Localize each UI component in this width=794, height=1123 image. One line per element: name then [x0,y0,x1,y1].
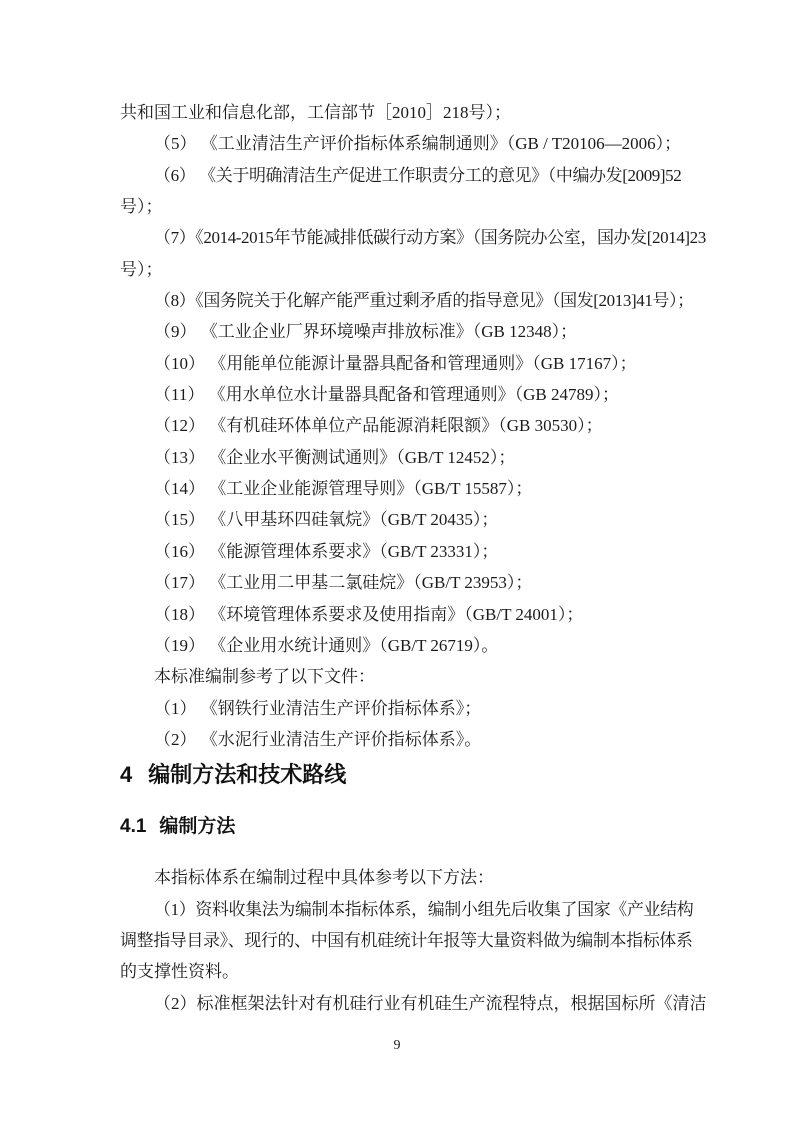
body-line: （10） 《用能单位能源计量器具配备和管理通则》（GB 17167）； [120,348,680,379]
body-line: （18） 《环境管理体系要求及使用指南》（GB/T 24001）； [120,599,680,630]
subsection-heading: 4.1编制方法 [120,808,680,846]
body-line: （8）《国务院关于化解产能严重过剩矛盾的指导意见》（国发[2013]41号）； [120,285,680,316]
body-line: （9） 《工业企业厂界环境噪声排放标准》（GB 12348）； [120,316,680,347]
body-line: 号）； [120,254,680,285]
body-line: 共和国工业和信息化部，工信部节［2010］218号）； [120,97,680,128]
body-line: （6） 《关于明确清洁生产促进工作职责分工的意见》（中编办发[2009]52 [120,160,680,191]
document-page: 共和国工业和信息化部，工信部节［2010］218号）； （5） 《工业清洁生产评… [0,0,794,1123]
section-heading: 4编制方法和技术路线 [120,755,680,795]
body-line: （14） 《工业企业能源管理导则》（GB/T 15587）； [120,473,680,504]
body-line: （16） 《能源管理体系要求》（GB/T 23331）； [120,536,680,567]
body-line: （13） 《企业水平衡测试通则》（GB/T 12452）； [120,442,680,473]
body-line: 本指标体系在编制过程中具体参考以下方法： [120,862,680,893]
page-number: 9 [0,1036,794,1056]
body-line: （7）《2014-2015年节能减排低碳行动方案》（国务院办公室，国办发[201… [120,222,680,253]
body-line: （1）资料收集法为编制本指标体系，编制小组先后收集了国家《产业结构 [120,894,680,925]
body-line: （19） 《企业用水统计通则》（GB/T 26719）。 [120,630,680,661]
body-line: （15） 《八甲基环四硅氧烷》（GB/T 20435）； [120,504,680,535]
body-line: （5） 《工业清洁生产评价指标体系编制通则》（GB / T20106—2006）… [120,128,680,159]
document-body: 共和国工业和信息化部，工信部节［2010］218号）； （5） 《工业清洁生产评… [120,97,680,1019]
body-line: （2） 《水泥行业清洁生产评价指标体系》。 [120,724,680,755]
body-line: 号）； [120,191,680,222]
body-line: （17） 《工业用二甲基二氯硅烷》（GB/T 23953）； [120,567,680,598]
body-line: （1） 《钢铁行业清洁生产评价指标体系》； [120,693,680,724]
body-line: （11） 《用水单位水计量器具配备和管理通则》（GB 24789）； [120,379,680,410]
section-title: 编制方法和技术路线 [148,762,346,787]
subsection-number: 4.1 [120,808,146,846]
body-line: （12） 《有机硅环体单位产品能源消耗限额》（GB 30530）； [120,410,680,441]
body-line: 本标准编制参考了以下文件： [120,661,680,692]
body-line: 的支撑性资料。 [120,956,680,987]
method-paragraphs: 本指标体系在编制过程中具体参考以下方法： （1）资料收集法为编制本指标体系，编制… [120,862,680,1019]
section-number: 4 [120,755,132,795]
body-line: 调整指导目录》、现行的、中国有机硅统计年报等大量资料做为编制本指标体系 [120,925,680,956]
body-line: （2）标准框架法针对有机硅行业有机硅生产流程特点，根据国标所《清洁 [120,988,680,1019]
subsection-title: 编制方法 [159,816,235,837]
